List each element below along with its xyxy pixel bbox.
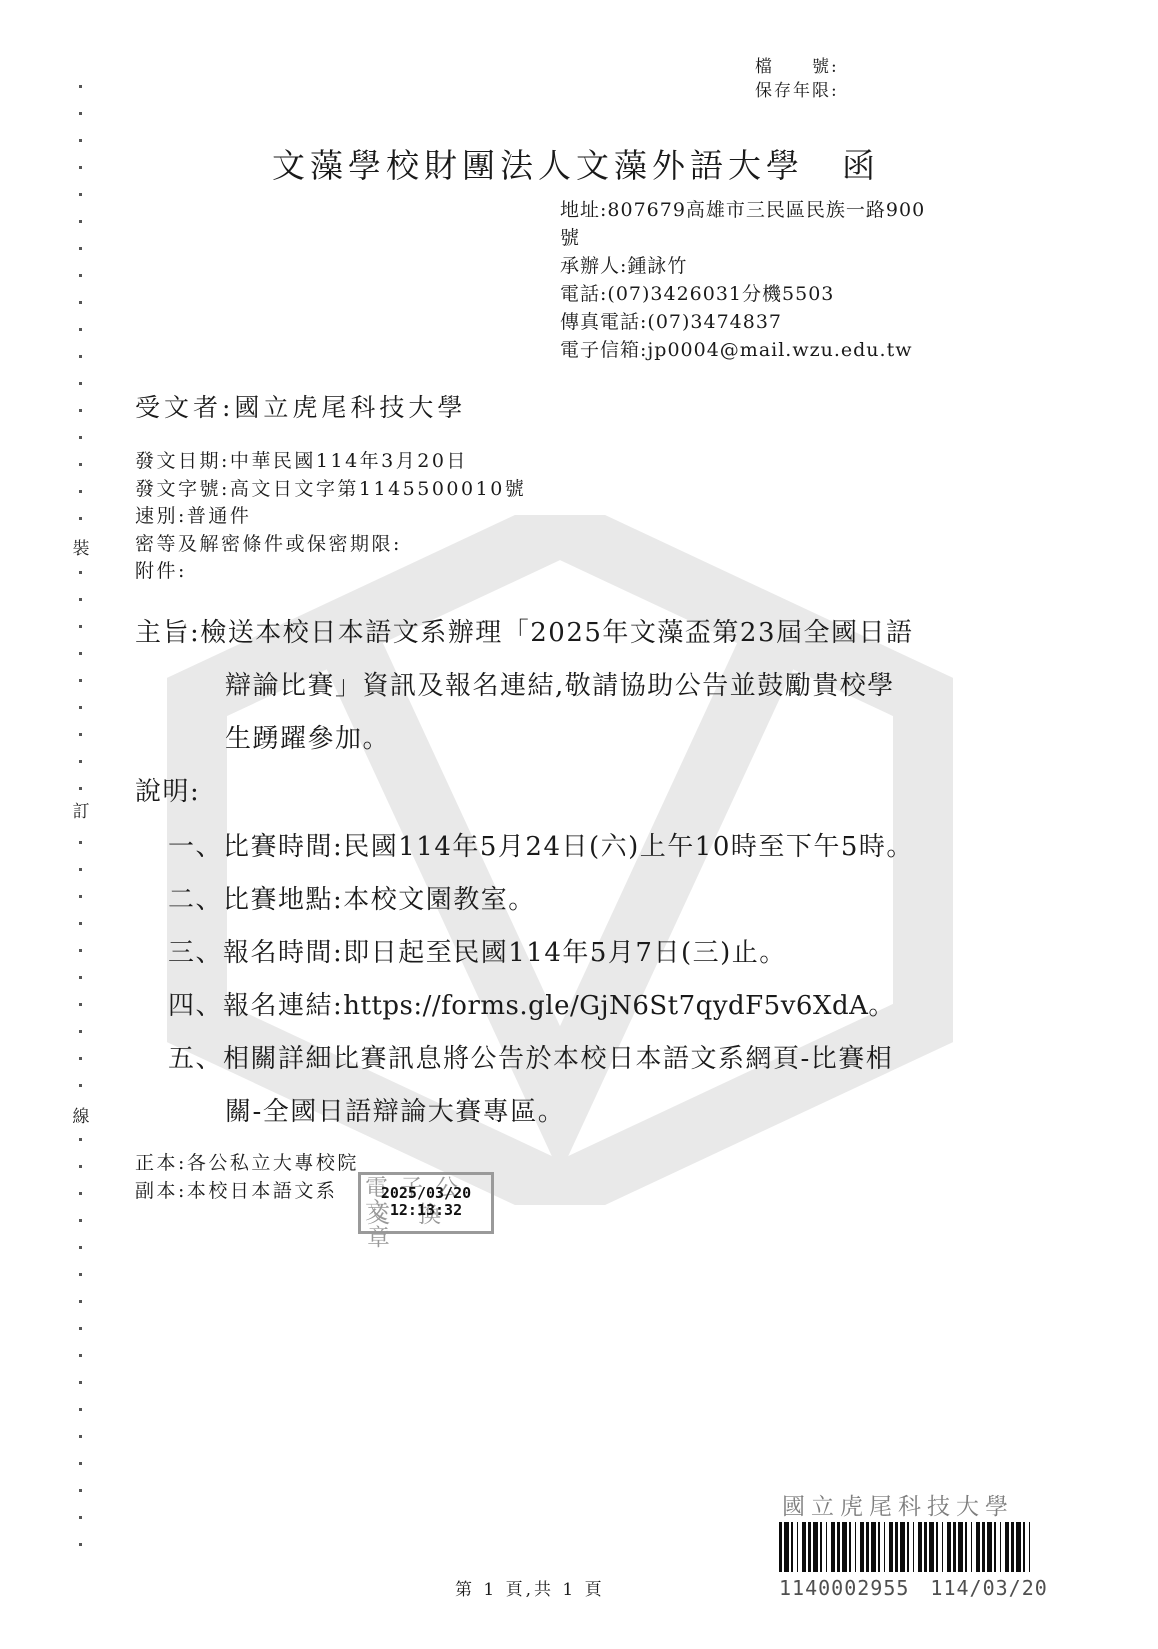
attachment-line: 附件: bbox=[135, 558, 526, 586]
original-copy-line: 正本:各公私立大專校院 bbox=[135, 1148, 359, 1175]
explanation-item-2: 二、比賽地點:本校文園教室。 bbox=[168, 879, 536, 916]
stamp-date: 2025/03/20 bbox=[381, 1185, 471, 1202]
classification-line: 密等及解密條件或保密期限: bbox=[135, 531, 526, 559]
explanation-item-5-line2: 關-全國日語辯論大賽專區。 bbox=[225, 1091, 565, 1128]
sender-phone: 電話:(07)3426031分機5503 bbox=[560, 280, 925, 308]
retention-period-label: 保存年限: bbox=[755, 79, 839, 103]
binding-char-xian: 線 bbox=[68, 1098, 94, 1131]
reference-number-line: 發文字號:高文日文字第1145500010號 bbox=[135, 476, 526, 504]
barcode-number-text: 1140002955 114/03/20 bbox=[779, 1572, 1048, 1601]
recipient-line: 受文者:國立虎尾科技大學 bbox=[135, 388, 466, 424]
page-number: 第 1 頁,共 1 頁 bbox=[455, 1575, 605, 1600]
issue-date-line: 發文日期:中華民國114年3月20日 bbox=[135, 448, 526, 476]
binding-char-ding: 訂 bbox=[68, 793, 94, 826]
receiver-university-name: 國立虎尾科技大學 bbox=[782, 1488, 1014, 1521]
explanation-item-5-line1: 五、相關詳細比賽訊息將公告於本校日本語文系網頁-比賽相 bbox=[168, 1038, 893, 1075]
cc-copy-line: 副本:本校日本語文系 bbox=[135, 1176, 337, 1203]
binding-char-zhuang: 裝 bbox=[68, 530, 94, 563]
sender-address-line1: 地址:807679高雄市三民區民族一路900 bbox=[560, 196, 925, 224]
registration-link-period: 。 bbox=[868, 991, 896, 1021]
explanation-item-3: 三、報名時間:即日起至民國114年5月7日(三)止。 bbox=[168, 932, 787, 969]
document-meta-block: 發文日期:中華民國114年3月20日 發文字號:高文日文字第1145500010… bbox=[135, 448, 526, 586]
document-title: 文藻學校財團法人文藻外語大學 函 bbox=[272, 140, 880, 187]
file-number-label: 檔 號: bbox=[755, 55, 839, 79]
official-letter-page: 裝 訂 線 檔 號: 保存年限: 文藻學校財團法人文藻外語大學 函 地址:807… bbox=[0, 0, 1158, 1649]
explanation-item-4: 四、報名連結:https://forms.gle/GjN6St7qydF5v6X… bbox=[168, 985, 896, 1022]
registration-link-label: 四、報名連結: bbox=[168, 991, 343, 1021]
sender-fax: 傳真電話:(07)3474837 bbox=[560, 308, 925, 336]
registration-link[interactable]: https://forms.gle/GjN6St7qydF5v6XdA bbox=[343, 991, 868, 1021]
stamp-time: 12:13:32 bbox=[390, 1202, 462, 1219]
electronic-document-exchange-stamp: 電子公文 交換章 2025/03/20 12:13:32 bbox=[358, 1172, 494, 1234]
subject-line-3: 生踴躍參加。 bbox=[225, 718, 390, 755]
explanation-item-1: 一、比賽時間:民國114年5月24日(六)上午10時至下午5時。 bbox=[168, 826, 914, 863]
sender-email: 電子信箱:jp0004@mail.wzu.edu.tw bbox=[560, 336, 925, 364]
sender-contact-person: 承辦人:鍾詠竹 bbox=[560, 252, 925, 280]
sender-info-block: 地址:807679高雄市三民區民族一路900 號 承辦人:鍾詠竹 電話:(07)… bbox=[560, 196, 925, 364]
subject-line-2: 辯論比賽」資訊及報名連結,敬請協助公告並鼓勵貴校學 bbox=[225, 665, 895, 702]
subject-line-1: 主旨:檢送本校日本語文系辦理「2025年文藻盃第23屆全國日語 bbox=[135, 612, 914, 649]
document-barcode bbox=[779, 1522, 1031, 1572]
explanation-heading: 說明: bbox=[135, 771, 200, 808]
priority-line: 速別:普通件 bbox=[135, 503, 526, 531]
sender-address-line2: 號 bbox=[560, 224, 925, 252]
file-number-block: 檔 號: 保存年限: bbox=[755, 55, 839, 103]
